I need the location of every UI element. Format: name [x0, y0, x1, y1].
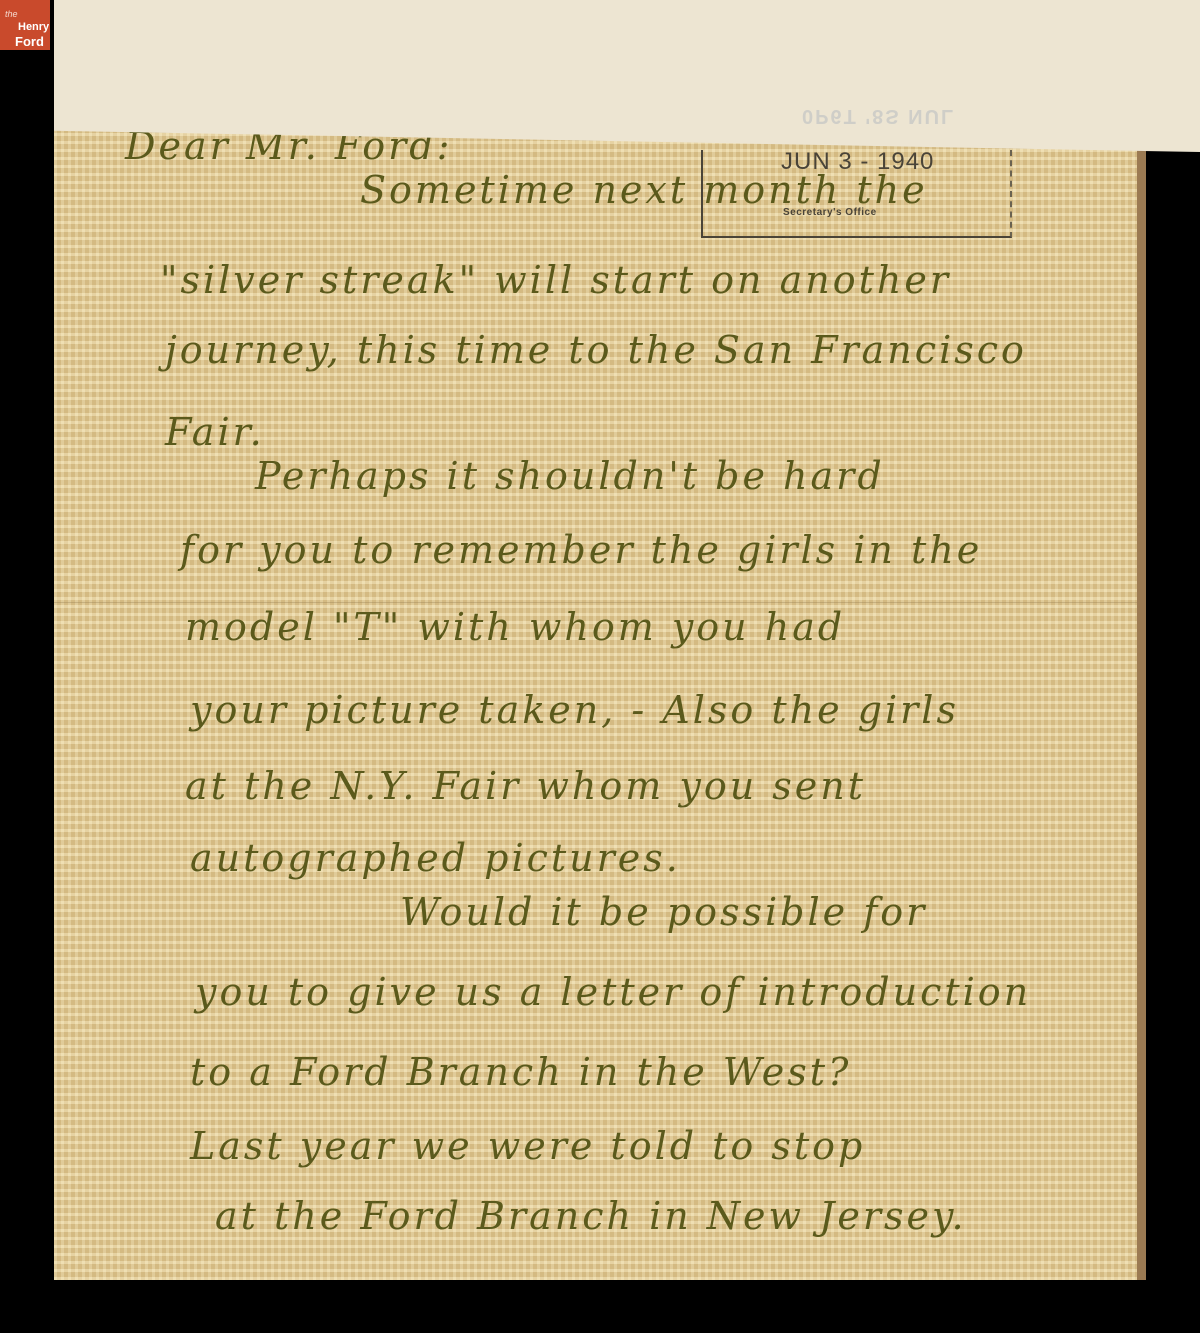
logo-text-henry: Henry	[18, 22, 49, 33]
letter-line: you to give us a letter of introduction	[195, 970, 1031, 1014]
overlapping-cover-sheet	[54, 0, 1200, 152]
letter-line: Last year we were told to stop	[190, 1124, 865, 1168]
letter-line: to a Ford Branch in the West?	[190, 1050, 851, 1094]
stamp-date: JUN 3 - 1940	[781, 148, 934, 176]
stamp-office: Secretary's Office	[783, 207, 877, 218]
letter-line: journey, this time to the San Francisco	[165, 328, 1027, 372]
letter-line: autographed pictures.	[190, 836, 681, 880]
letter-line: model "T" with whom you had	[185, 605, 845, 649]
letter-line: Would it be possible for	[400, 890, 927, 934]
paper-fold-crease	[54, 602, 1137, 603]
letter-line: your picture taken, - Also the girls	[190, 688, 959, 732]
letter-line: at the N.Y. Fair whom you sent	[185, 764, 866, 808]
letter-line: "silver streak" will start on another	[160, 258, 951, 302]
logo-text-ford: Ford	[15, 35, 44, 48]
letter-line: Fair.	[165, 410, 265, 454]
letter-line: Perhaps it shouldn't be hard	[255, 454, 885, 498]
letter-line: at the Ford Branch in New Jersey.	[215, 1194, 967, 1238]
logo-text-the: the	[5, 10, 18, 19]
letter-line: for you to remember the girls in the	[180, 528, 982, 572]
bleed-through-stamp-text: 0P6T '8S NUL	[802, 104, 955, 127]
received-date-stamp: JUN 3 - 1940 Secretary's Office	[701, 150, 1012, 238]
the-henry-ford-logo: the Henry Ford	[0, 0, 50, 50]
